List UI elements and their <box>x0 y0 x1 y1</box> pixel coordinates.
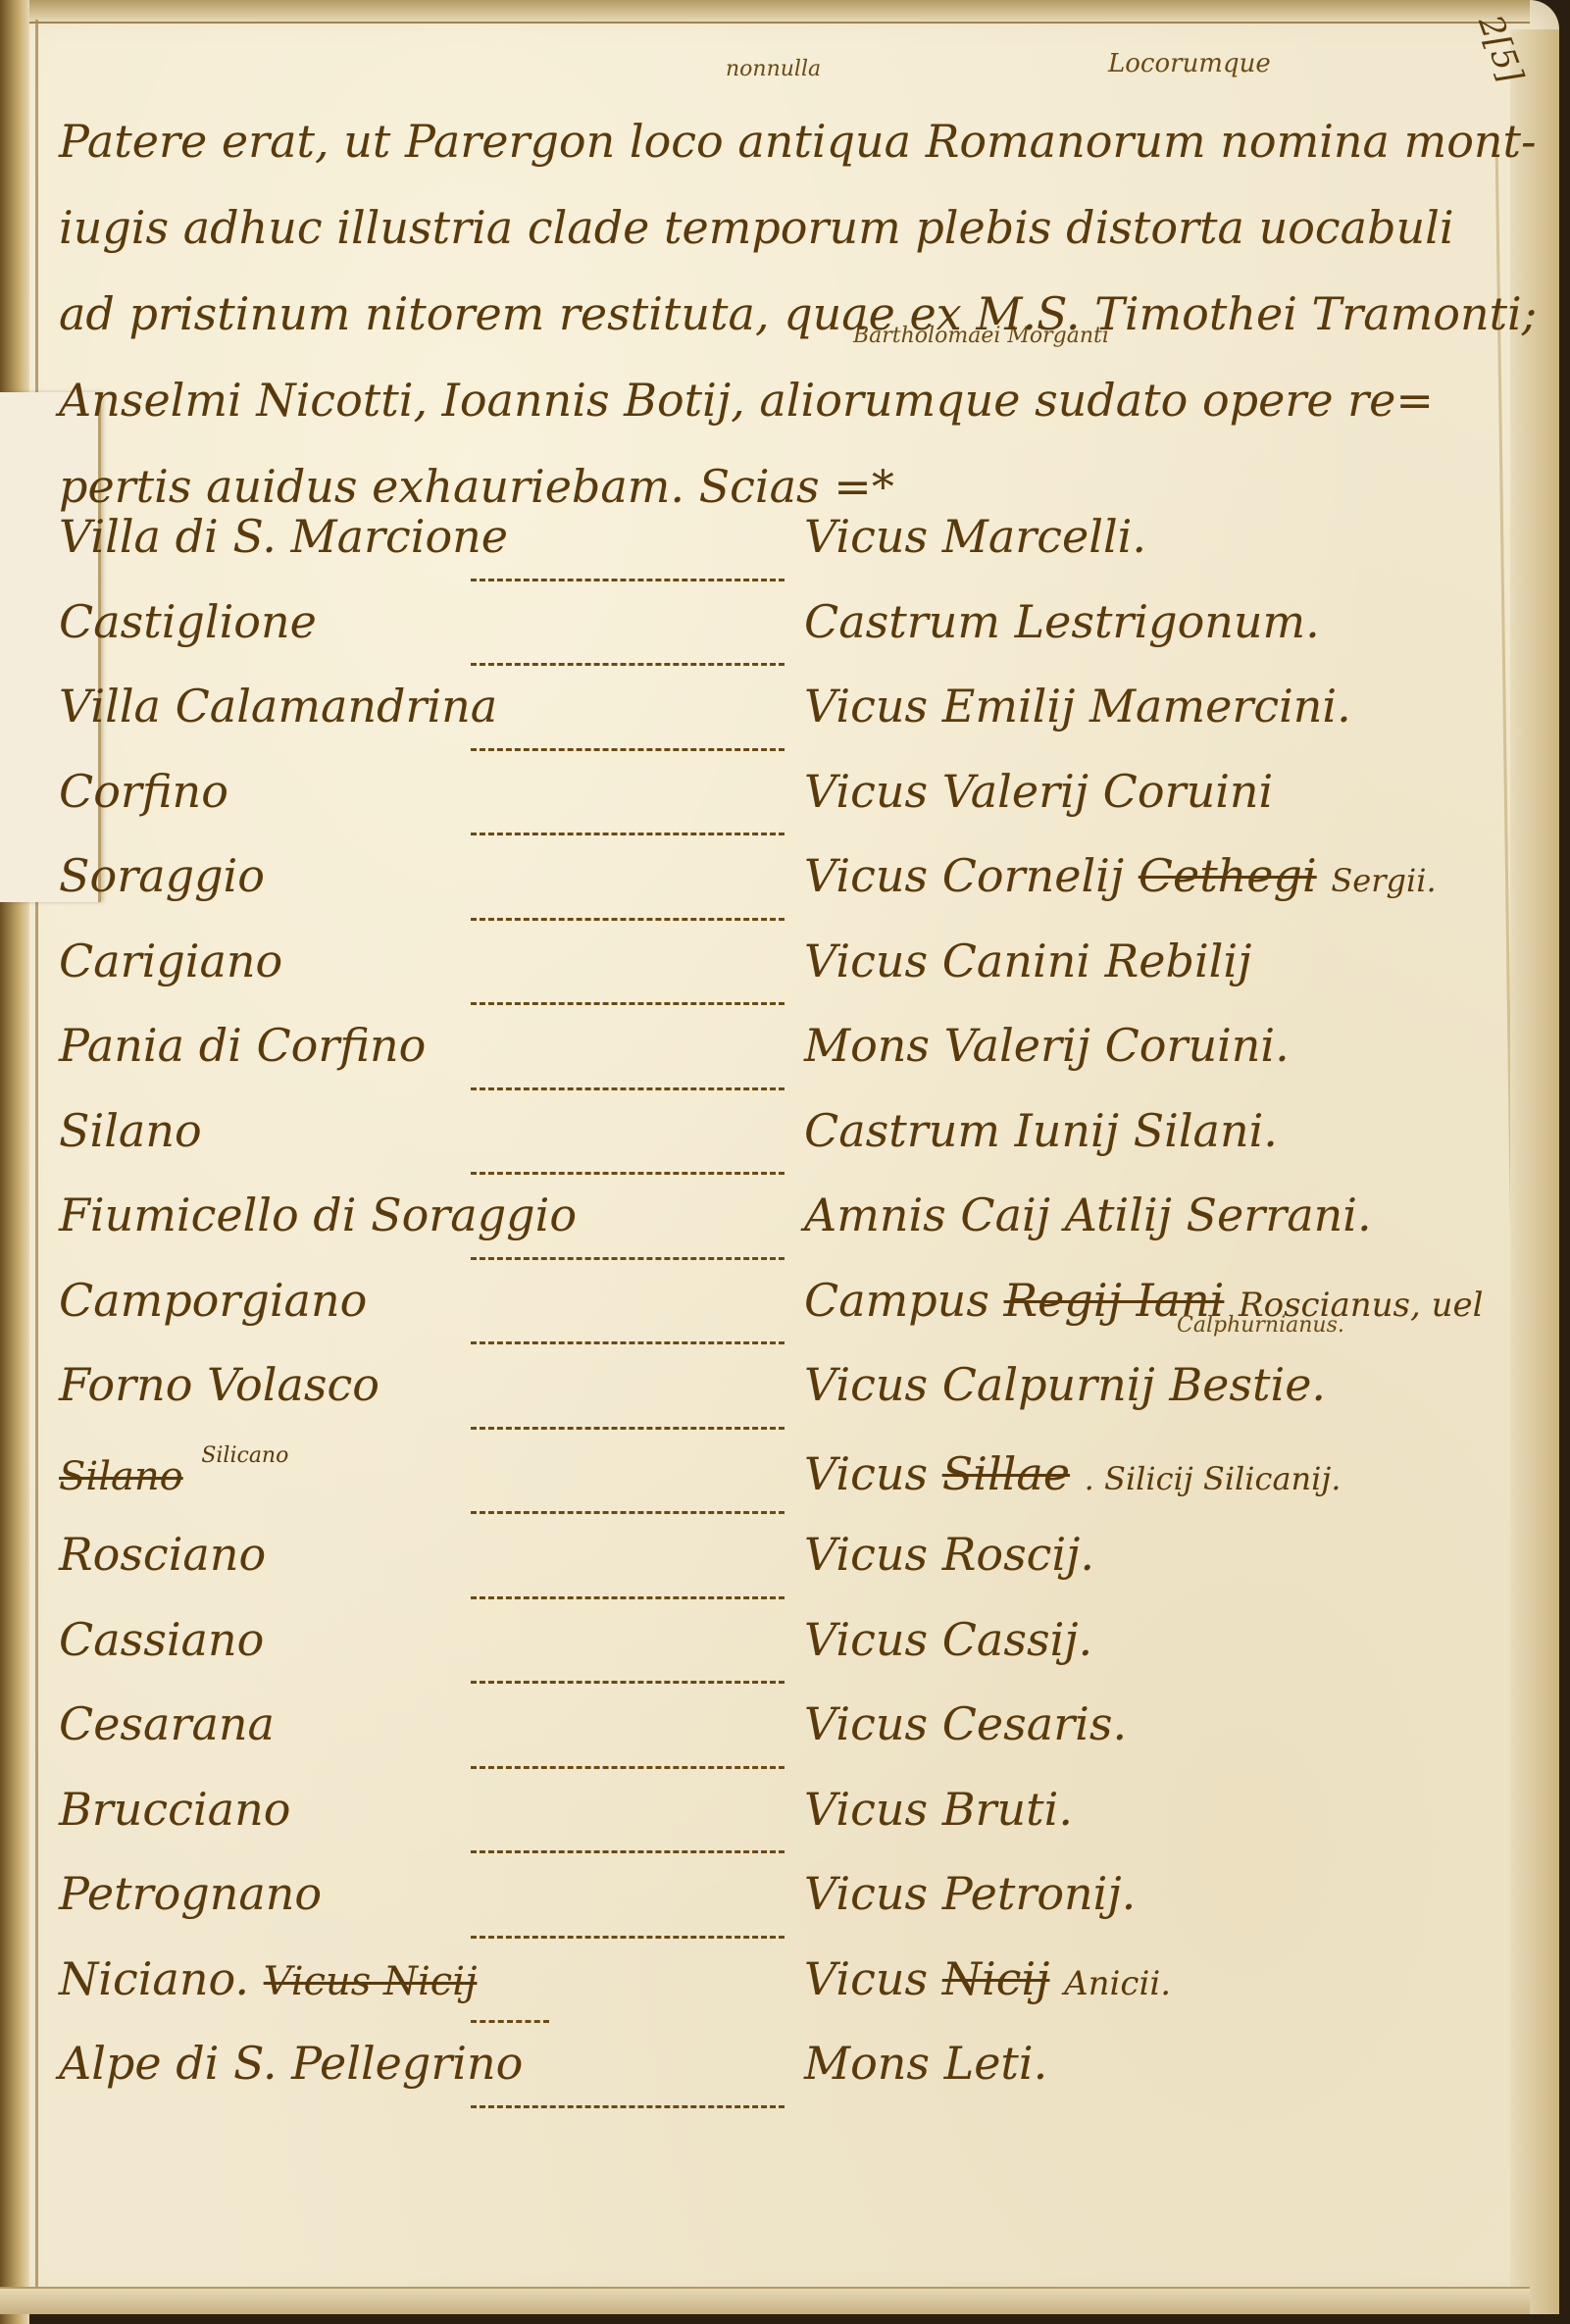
italian-place-name: Cesarana <box>59 1697 471 1750</box>
leader-dashes <box>471 1511 785 1514</box>
struck-word: Silano <box>59 1454 183 1499</box>
latin-name: Vicus Cassij. <box>804 1613 1092 1666</box>
latin-name: Vicus Nicij Anicii. <box>804 1952 1171 2005</box>
italian-place-name: Camporgiano <box>59 1274 471 1327</box>
list-item: Fiumicello di Soraggio Amnis Caij Atilij… <box>59 1188 1491 1274</box>
intro-line: iugis adhuc illustria clade temporum ple… <box>59 184 1491 271</box>
intro-line: Anselmi Nicotti, Ioannis Botij, aliorumq… <box>59 357 1491 443</box>
list-item: Silano Silicano Vicus Sillae . Silicij S… <box>59 1443 1491 1529</box>
correction-text: . Silicij Silicanij. <box>1085 1460 1342 1497</box>
latin-name: Vicus Calpurnij Bestie. <box>804 1358 1326 1411</box>
list-item: Cesarana Vicus Cesaris. <box>59 1697 1491 1783</box>
italian-place-name: Soraggio <box>59 849 471 902</box>
latin-name-text: Campus <box>804 1274 989 1327</box>
leader-dashes <box>471 1766 785 1769</box>
leader-dashes <box>471 2020 549 2023</box>
leader-dashes <box>471 2105 785 2108</box>
interlinear-note: Calphurnianus. <box>1177 1313 1344 1338</box>
leader-dashes <box>471 1087 785 1090</box>
italian-place-name: Alpe di S. Pellegrino <box>59 2037 471 2090</box>
struck-word: Cethegi <box>1139 849 1317 902</box>
italian-place-name: Castiglione <box>59 595 471 648</box>
latin-name-text: Vicus <box>804 1447 928 1500</box>
leader-dashes <box>471 833 785 835</box>
place-name-text: Niciano. <box>59 1952 249 2005</box>
leader-dashes <box>471 1936 785 1939</box>
latin-name: Castrum Iunij Silani. <box>804 1104 1278 1157</box>
list-item: Niciano. Vicus Nicij Vicus Nicij Anicii. <box>59 1952 1491 2038</box>
latin-name: Vicus Cornelij Cethegi Sergii. <box>804 849 1437 902</box>
leader-dashes <box>471 1257 785 1260</box>
list-item: Forno Volasco Vicus Calpurnij Bestie. <box>59 1358 1491 1443</box>
leader-dashes <box>471 663 785 666</box>
italian-place-name: Villa di S. Marcione <box>59 510 471 563</box>
latin-name: Vicus Sillae . Silicij Silicanij. <box>804 1447 1341 1500</box>
list-item: Villa di S. Marcione Vicus Marcelli. <box>59 510 1491 595</box>
interlinear-note: nonnulla <box>726 57 821 81</box>
list-item: Castiglione Castrum Lestrigonum. <box>59 595 1491 681</box>
leader-dashes <box>471 748 785 751</box>
italian-place-name: Pania di Corfino <box>59 1019 471 1072</box>
manuscript-page: 2[5] nonnulla Locorumque Bartholomaei Mo… <box>0 0 1559 2314</box>
list-item: Camporgiano Campus Regij Iani Roscianus,… <box>59 1274 1491 1359</box>
italian-place-name: Carigiano <box>59 935 471 987</box>
latin-name: Vicus Marcelli. <box>804 510 1146 563</box>
list-item: Soraggio Vicus Cornelij Cethegi Sergii. <box>59 849 1491 935</box>
latin-name: Vicus Valerij Coruini <box>804 765 1273 818</box>
list-item: Silano Castrum Iunij Silani. <box>59 1104 1491 1189</box>
leader-dashes <box>471 1427 785 1430</box>
latin-name-text: Vicus <box>804 1952 928 2005</box>
italian-place-name: Silano <box>59 1104 471 1157</box>
italian-place-name: Forno Volasco <box>59 1358 471 1411</box>
leader-dashes <box>471 1002 785 1005</box>
italian-place-name: Silano Silicano <box>59 1443 471 1500</box>
leader-dashes <box>471 1596 785 1599</box>
latin-name: Vicus Roscij. <box>804 1528 1094 1581</box>
italian-place-name: Fiumicello di Soraggio <box>59 1188 471 1241</box>
margin-ruling-line <box>35 20 38 2314</box>
intro-paragraph: Patere erat, ut Parergon loco antiqua Ro… <box>59 98 1491 530</box>
list-item: Villa Calamandrina Vicus Emilij Mamercin… <box>59 680 1491 765</box>
latin-name: Castrum Lestrigonum. <box>804 595 1320 648</box>
latin-name: Amnis Caij Atilij Serrani. <box>804 1188 1372 1241</box>
list-item: Alpe di S. Pellegrino Mons Leti. <box>59 2037 1491 2122</box>
page-bottom-edge <box>0 2287 1530 2314</box>
leader-dashes <box>471 1172 785 1175</box>
leader-dashes <box>471 918 785 921</box>
italian-place-name: Petrognano <box>59 1867 471 1920</box>
page-top-edge <box>0 0 1530 24</box>
latin-name-text: Vicus Cornelij <box>804 849 1124 902</box>
correction-text: Silicano <box>201 1443 288 1468</box>
italian-place-name: Corfino <box>59 765 471 818</box>
italian-place-name: Villa Calamandrina <box>59 680 471 733</box>
list-item: Petrognano Vicus Petronij. <box>59 1867 1491 1952</box>
intro-line: ad pristinum nitorem restituta, quae ex … <box>59 271 1491 357</box>
latin-name: Vicus Petronij. <box>804 1867 1136 1920</box>
leader-dashes <box>471 1341 785 1344</box>
intro-line: Patere erat, ut Parergon loco antiqua Ro… <box>59 98 1491 184</box>
interlinear-note: Locorumque <box>1108 49 1271 78</box>
struck-word: Nicij <box>942 1952 1050 2005</box>
struck-word: Vicus Nicij <box>264 1959 478 2004</box>
list-item: Pania di Corfino Mons Valerij Coruini. <box>59 1019 1491 1104</box>
latin-name: Mons Leti. <box>804 2037 1047 2090</box>
page-right-edge <box>1510 29 1559 2314</box>
latin-name: Vicus Canini Rebilij <box>804 935 1251 987</box>
correction-text: Sergii. <box>1331 862 1436 899</box>
place-name-list: Villa di S. Marcione Vicus Marcelli. Cas… <box>59 510 1491 2122</box>
italian-place-name: Niciano. Vicus Nicij <box>59 1952 471 2005</box>
italian-place-name: Rosciano <box>59 1528 471 1581</box>
binding-spine <box>0 0 29 2324</box>
leader-dashes <box>471 579 785 581</box>
list-item: Corfino Vicus Valerij Coruini <box>59 765 1491 850</box>
correction-text: Anicii. <box>1064 1964 1171 2003</box>
leader-dashes <box>471 1850 785 1853</box>
list-item: Rosciano Vicus Roscij. <box>59 1528 1491 1613</box>
latin-name: Vicus Emilij Mamercini. <box>804 680 1351 733</box>
list-item: Carigiano Vicus Canini Rebilij <box>59 935 1491 1020</box>
leader-dashes <box>471 1681 785 1684</box>
latin-name: Vicus Bruti. <box>804 1783 1073 1836</box>
list-item: Cassiano Vicus Cassij. <box>59 1613 1491 1698</box>
list-item: Brucciano Vicus Bruti. <box>59 1783 1491 1868</box>
struck-word: Sillae <box>942 1447 1070 1500</box>
italian-place-name: Brucciano <box>59 1783 471 1836</box>
latin-name: Mons Valerij Coruini. <box>804 1019 1290 1072</box>
latin-name: Campus Regij Iani Roscianus, uel Calphur… <box>804 1274 1483 1327</box>
latin-name: Vicus Cesaris. <box>804 1697 1127 1750</box>
italian-place-name: Cassiano <box>59 1613 471 1666</box>
